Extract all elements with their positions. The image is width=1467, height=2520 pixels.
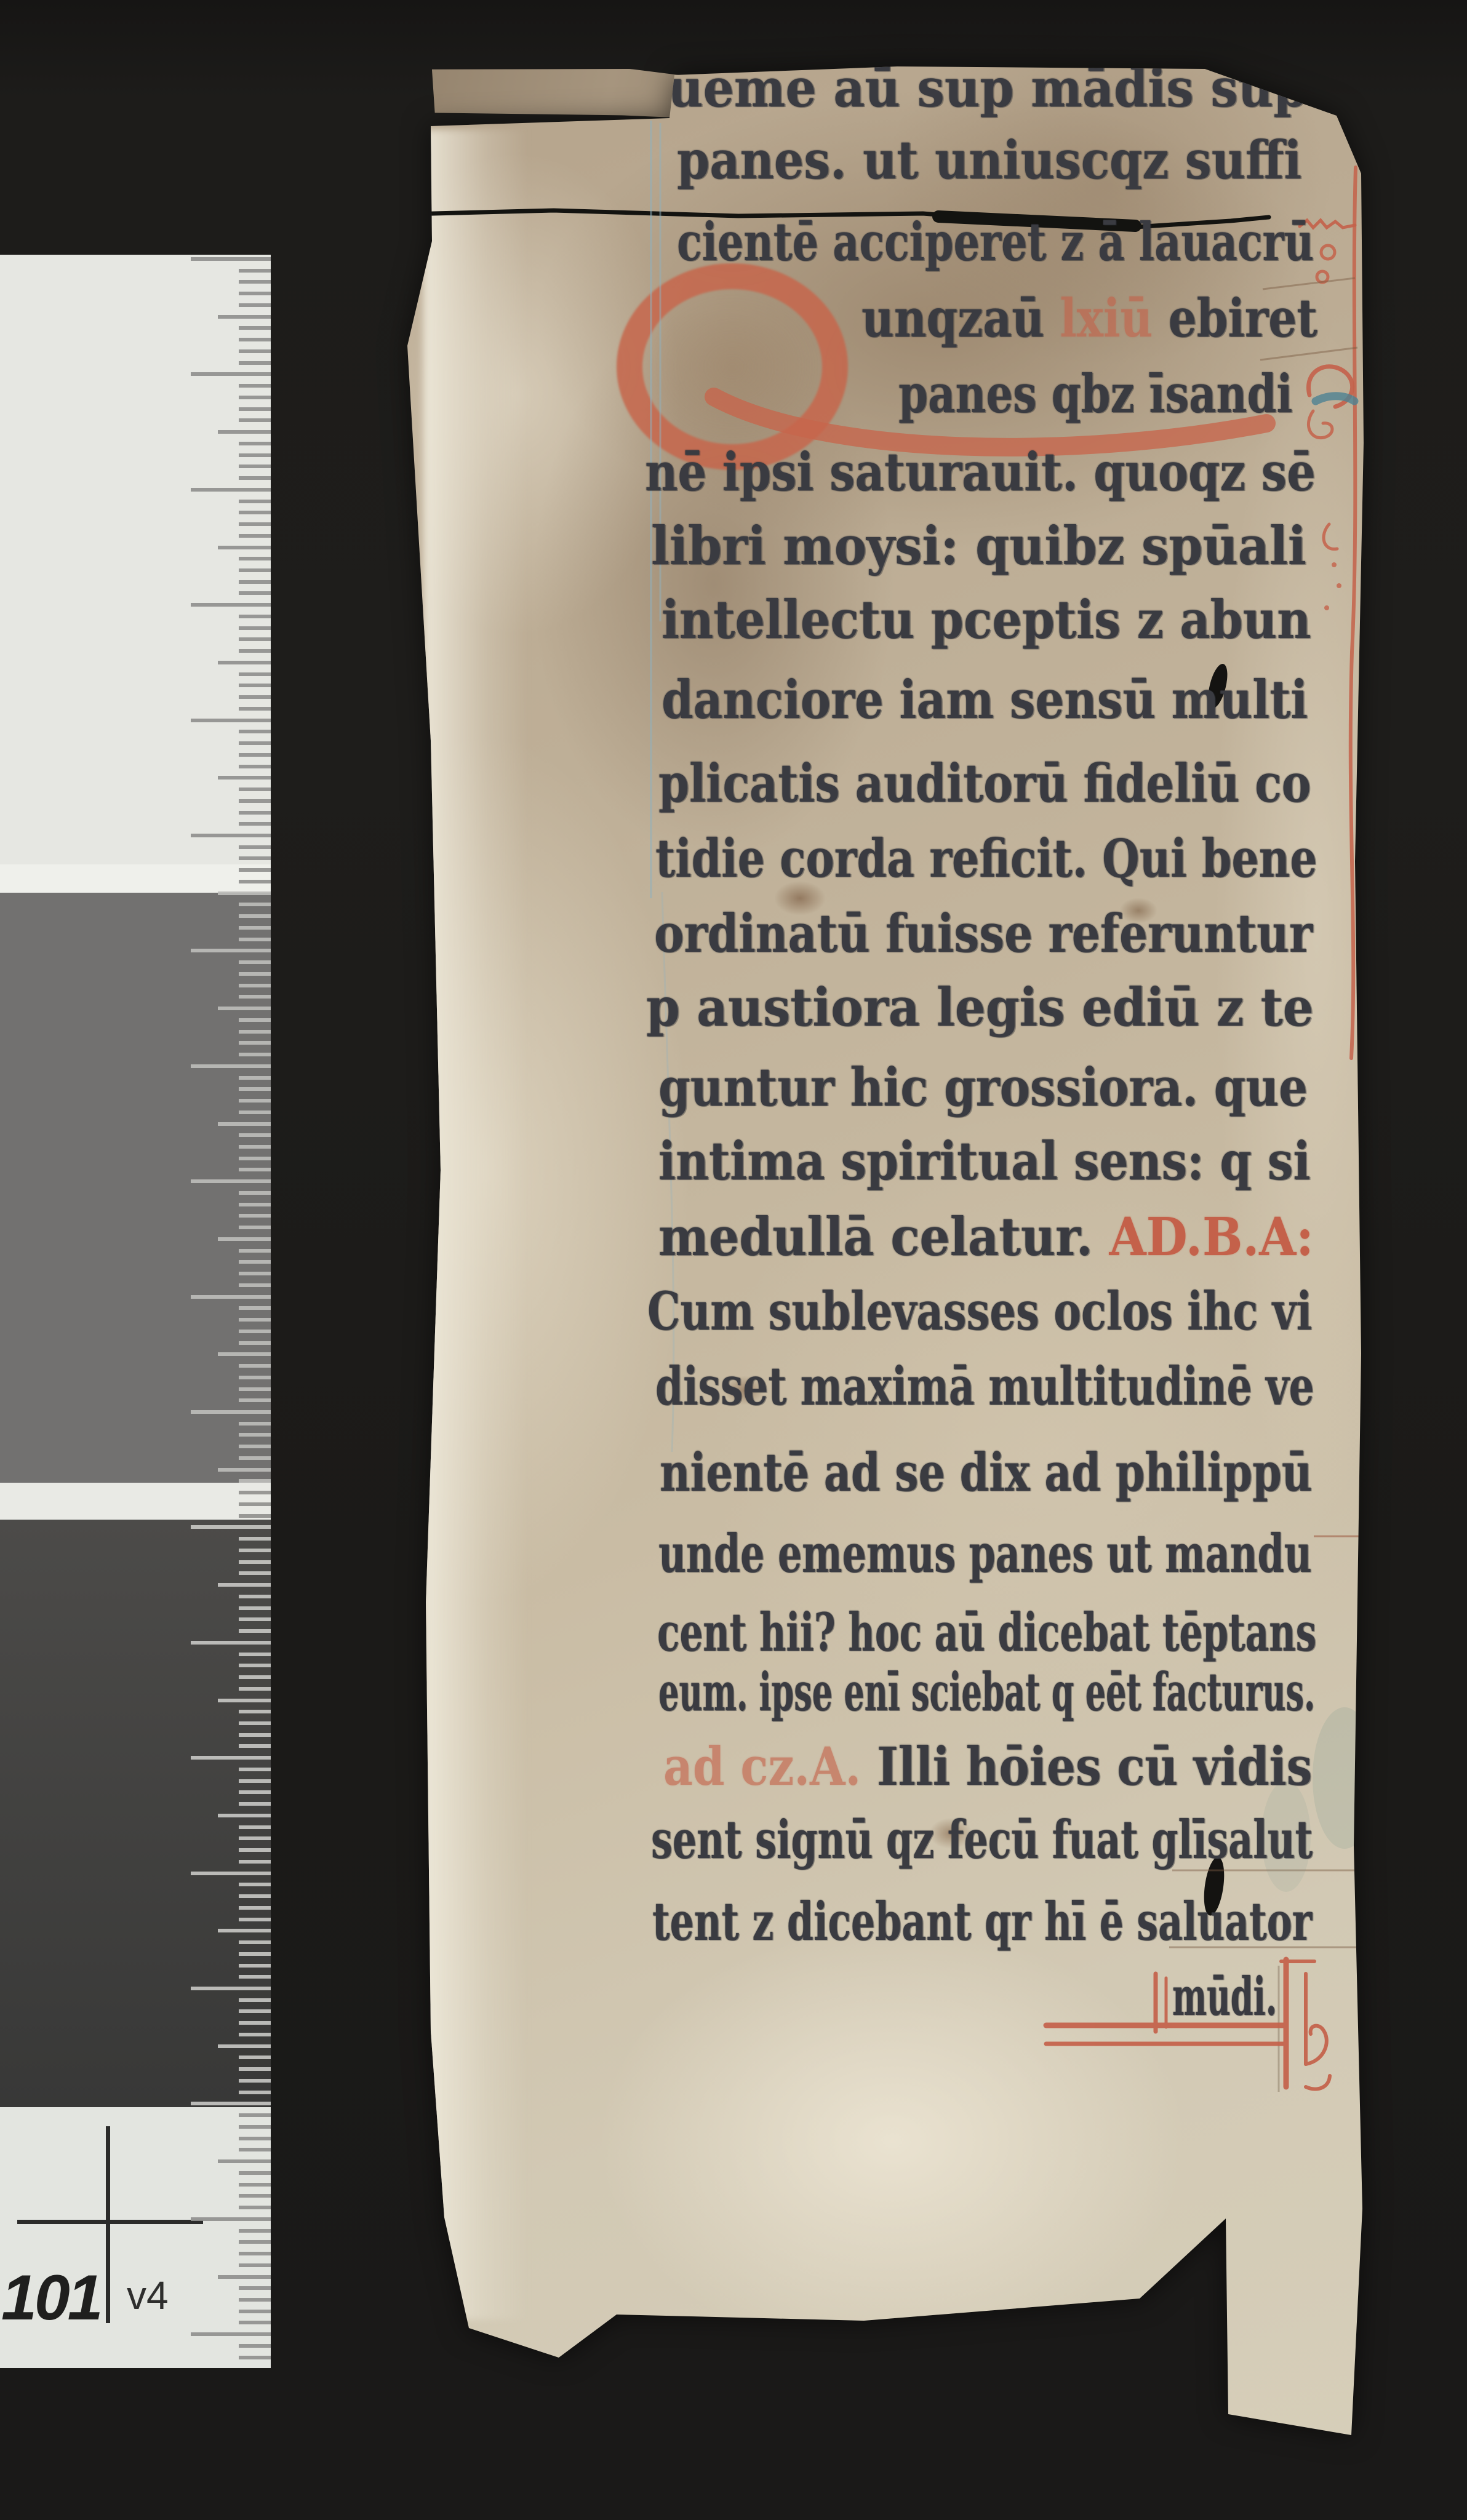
ruler-tick xyxy=(191,372,271,376)
ruler-tick xyxy=(239,476,271,480)
ruler-tick xyxy=(239,845,271,849)
manuscript-line: nē ipsi saturauit. quoqz sē xyxy=(645,438,1316,507)
ruler-tick xyxy=(239,1571,271,1575)
ruler-tick xyxy=(191,1525,271,1529)
manuscript-line: panes qbz īsandi xyxy=(898,360,1293,429)
ruler-tick xyxy=(239,1687,271,1691)
manuscript-line: ad cz.A. Illi hōies cū vidis xyxy=(663,1732,1312,1801)
pigment-smudge xyxy=(1261,1781,1311,1892)
ruler-tick xyxy=(239,626,271,630)
manuscript-line: medullā celatur. AD.B.A: xyxy=(658,1203,1314,1272)
ruler-tick xyxy=(191,949,271,952)
ruler-tick xyxy=(239,811,271,815)
ruler-tick xyxy=(239,1099,271,1102)
ruler-tick xyxy=(239,1595,271,1598)
red-flourish-dot xyxy=(1324,605,1329,610)
ruler-tick xyxy=(239,938,271,941)
ruler-tick xyxy=(239,1744,271,1748)
ruler-tick xyxy=(191,603,271,607)
initial-q-tail xyxy=(714,397,1266,447)
ruler-tick xyxy=(239,349,271,353)
red-flourish-curl xyxy=(1324,524,1337,549)
ruler-tick xyxy=(239,338,271,341)
ruler-tick xyxy=(239,741,271,745)
photograph-stage: 101 v4 xyxy=(0,0,1467,2520)
ruler-tick xyxy=(239,2240,271,2244)
ruler-tick xyxy=(218,2275,271,2279)
ruler-tick xyxy=(239,511,271,514)
ruler-tick xyxy=(239,787,271,791)
teal-flourish-stroke xyxy=(1316,396,1354,401)
ruler-tick xyxy=(239,568,271,572)
ruler-tick xyxy=(218,1007,271,1010)
ruler-tick xyxy=(239,1617,271,1621)
ruler-tick xyxy=(239,1664,271,1667)
manuscript-line: sent signū qz fecū fuat glīsalut xyxy=(651,1806,1313,1875)
ruler-tick xyxy=(239,1168,271,1171)
ruler-tick xyxy=(239,1629,271,1633)
ruler-tick xyxy=(239,1549,271,1552)
blue-ruling-curve xyxy=(662,892,674,1452)
ruler-tick xyxy=(239,1537,271,1541)
ruler-tick xyxy=(239,926,271,930)
ruler-tick xyxy=(239,1110,271,1114)
ruler-tick xyxy=(191,1872,271,1875)
ruler-tick xyxy=(191,719,271,722)
ruler-tick xyxy=(239,1502,271,1506)
manuscript-line: unde ememus panes ut mandu xyxy=(658,1520,1312,1589)
ruler-tick xyxy=(218,661,271,664)
ruler-tick xyxy=(239,1133,271,1137)
ruler-tick xyxy=(218,776,271,780)
manuscript-line: panes. ut uniuscqz suffi xyxy=(677,126,1301,195)
manuscript-line: plicatis auditorū fideliū co xyxy=(658,749,1311,818)
ruler-tick xyxy=(239,1883,271,1886)
ruler-tick xyxy=(239,799,271,803)
manuscript-line: p austiora legis ediū z te xyxy=(646,973,1314,1042)
ruler-tick xyxy=(239,1998,271,2002)
ruler-tick xyxy=(239,1675,271,1679)
ruler-tick xyxy=(239,1606,271,1610)
ruler-tick xyxy=(239,2263,271,2267)
ruler-tick xyxy=(239,442,271,445)
ruler xyxy=(0,0,271,2520)
manuscript-line: unqzaū lxiū ebiret xyxy=(861,284,1317,353)
ruler-tick xyxy=(239,2344,271,2348)
ruler-tick xyxy=(191,257,271,261)
ruler-tick xyxy=(218,1237,271,1241)
ruler-tick xyxy=(239,730,271,733)
ruler-tick xyxy=(239,396,271,399)
ruler-tick xyxy=(239,765,271,768)
ruler-tick xyxy=(239,1733,271,1737)
ruler-tick xyxy=(239,1940,271,1944)
ruler-tick xyxy=(239,1076,271,1080)
manuscript-line: intima spiritual sens: q si xyxy=(658,1127,1311,1196)
manuscript-line: danciore iam sensū multi xyxy=(662,666,1308,735)
ruler-tick xyxy=(239,1790,271,1794)
ruler-tick xyxy=(239,1491,271,1494)
ruler-tick xyxy=(239,2286,271,2290)
manuscript-line: eum. ipse enī sciebat q eēt facturus. xyxy=(658,1658,1315,1727)
ruler-tick xyxy=(239,1087,271,1091)
ruler-tick xyxy=(239,1975,271,1979)
ruler-tick xyxy=(239,1768,271,1771)
ruler-tick xyxy=(218,1122,271,1126)
ruler-tick xyxy=(239,1030,271,1034)
ruler-tick xyxy=(239,2113,271,2117)
ruler-tick xyxy=(239,303,271,307)
ruler-tick xyxy=(239,292,271,295)
ruler-tick xyxy=(239,972,271,976)
ruler-tick xyxy=(239,453,271,457)
red-flourish-dot xyxy=(1337,583,1341,588)
ruler-tick xyxy=(239,637,271,641)
ruler-tick xyxy=(239,2148,271,2151)
manuscript-line: intellectu pceptis z abun xyxy=(662,586,1311,655)
red-initial-q xyxy=(617,263,848,470)
manuscript-line: tidie corda reficit. Qui bene xyxy=(655,824,1317,893)
ruler-tick xyxy=(218,315,271,319)
ruler-tick xyxy=(239,1906,271,1910)
ruler-tick xyxy=(239,1249,271,1253)
ruler-tick xyxy=(239,1964,271,1968)
ruler-tick xyxy=(239,684,271,687)
ruler-tick xyxy=(239,2033,271,2036)
ruler-tick xyxy=(218,891,271,895)
crease-line xyxy=(1260,348,1357,360)
red-margin-squiggle xyxy=(1300,220,1355,228)
ruler-tick xyxy=(191,488,271,492)
ruler-tick xyxy=(239,2171,271,2175)
ruler-tick xyxy=(218,430,271,434)
ruler-tick xyxy=(239,2137,271,2140)
ruler-tick xyxy=(218,546,271,549)
ruler-tick xyxy=(239,649,271,653)
ruler-tick xyxy=(239,2183,271,2187)
ruler-tick xyxy=(239,580,271,584)
manuscript-line: cientē acciperet z ā lauacrū xyxy=(677,208,1314,277)
ruler-tick xyxy=(239,418,271,422)
ruler-tick xyxy=(191,1410,271,1414)
ruler-tick xyxy=(239,361,271,365)
tear-crack-gash xyxy=(938,217,1135,226)
crease-line xyxy=(1263,278,1355,289)
ruler-tick xyxy=(239,2356,271,2359)
ruler-tick xyxy=(239,407,271,411)
ruler-tick xyxy=(239,1306,271,1310)
ruler-tick xyxy=(239,1860,271,1864)
manuscript-line: ordinatū fuisse referuntur xyxy=(654,899,1313,968)
ruler-tick xyxy=(191,1756,271,1760)
ruler-tick xyxy=(191,1064,271,1068)
ruler-tick xyxy=(218,2159,271,2163)
ruler-tick xyxy=(239,269,271,273)
tear-crack xyxy=(409,210,1269,227)
ruler-tick xyxy=(239,465,271,468)
parchment-hole xyxy=(1201,1856,1227,1916)
ruler-tick xyxy=(239,1422,271,1425)
ruler-tick xyxy=(239,1710,271,1713)
ruler-tick xyxy=(239,1836,271,1840)
ruler-tick xyxy=(239,1779,271,1783)
ruler-tick xyxy=(239,1952,271,1956)
ruler-tick xyxy=(239,1041,271,1045)
ruler-tick xyxy=(239,1272,271,1275)
manuscript-line: guntur hic grossiora. que xyxy=(658,1053,1308,1122)
ruler-tick xyxy=(239,707,271,711)
ruler-tick xyxy=(239,280,271,284)
ruler-tick xyxy=(239,2206,271,2209)
ruler-tick xyxy=(239,2229,271,2233)
ruler-tick xyxy=(239,695,271,699)
red-flourish-ring xyxy=(1317,271,1328,282)
ruler-tick xyxy=(239,1918,271,1921)
red-flourish-loop xyxy=(1308,411,1332,438)
ruler-tick xyxy=(239,1283,271,1287)
ruler-tick xyxy=(191,2217,271,2221)
ruler-tick xyxy=(239,1445,271,1448)
ruler-tick xyxy=(218,1929,271,1932)
ruler-tick xyxy=(239,2021,271,2025)
ruler-tick xyxy=(239,672,271,676)
ruler-tick xyxy=(239,1456,271,1460)
ruler-tick xyxy=(239,1387,271,1391)
ruler-tick xyxy=(239,822,271,826)
ruler-tick xyxy=(218,2044,271,2048)
detached-parchment-sliver xyxy=(431,64,828,127)
ruler-tick xyxy=(239,984,271,987)
ruler-tick xyxy=(239,868,271,872)
ruler-tick xyxy=(239,914,271,918)
ruler-tick xyxy=(239,615,271,618)
ruler-tick xyxy=(239,753,271,757)
ruler-tick xyxy=(218,1814,271,1817)
manuscript-line: tent z dicebant qr hī ē saluator xyxy=(652,1888,1312,1956)
ruler-tick xyxy=(239,1157,271,1160)
ruler-tick xyxy=(239,856,271,860)
ruler-tick xyxy=(239,384,271,388)
pigment-smudge xyxy=(1313,1707,1377,1849)
ruler-tick xyxy=(239,1226,271,1229)
ruler-tick xyxy=(218,1352,271,1356)
ruler-tick xyxy=(239,1203,271,1206)
ruler-tick xyxy=(239,557,271,560)
ruler-tick xyxy=(239,995,271,999)
ruler-tick xyxy=(239,1433,271,1437)
ruler-tick xyxy=(239,1479,271,1483)
red-flourish-dot xyxy=(1332,562,1337,567)
manuscript-line: libri moysi: quibz spūali xyxy=(651,512,1306,581)
ruler-tick xyxy=(239,2067,271,2071)
ruler-tick xyxy=(239,2310,271,2313)
red-margin-rule xyxy=(1351,167,1356,1058)
ruler-tick xyxy=(239,2091,271,2094)
torn-edge-fibers xyxy=(423,129,528,2319)
ruler-tick xyxy=(239,2194,271,2198)
ruler-tick xyxy=(191,1641,271,1645)
ruler-tick xyxy=(239,880,271,883)
ruler-tick xyxy=(239,1894,271,1898)
ruler-tick xyxy=(239,1330,271,1333)
ruler-tick xyxy=(218,1699,271,1702)
ruler-tick xyxy=(239,2079,271,2083)
ruler-tick xyxy=(239,1214,271,1218)
red-flourish-ring xyxy=(1321,245,1335,259)
ruler-tick xyxy=(239,1825,271,1829)
manuscript-line: cent hii? hoc aū dicebat tēptans xyxy=(657,1598,1316,1667)
ruler-tick xyxy=(239,534,271,538)
ruler-tick xyxy=(239,591,271,595)
ruler-tick xyxy=(239,2252,271,2255)
ruler-tick xyxy=(239,1721,271,1725)
ruler-tick xyxy=(239,1364,271,1368)
ruler-tick xyxy=(239,2321,271,2324)
ruler-tick xyxy=(239,1053,271,1056)
ruler-tick xyxy=(239,1260,271,1264)
manuscript-line: nientē ad se dix ad philippū xyxy=(660,1438,1312,1507)
ruler-tick xyxy=(239,1398,271,1402)
ruler-tick xyxy=(239,903,271,906)
red-flourish-curl xyxy=(1308,367,1352,407)
ruler-tick xyxy=(239,500,271,503)
ruler-tick xyxy=(239,1191,271,1195)
ruler-tick xyxy=(239,522,271,526)
line-filler-curl xyxy=(1306,2076,1330,2089)
ruler-tick xyxy=(191,834,271,837)
line-filler-curl xyxy=(1306,2026,1327,2064)
ruler-tick xyxy=(239,1341,271,1345)
ruler-tick xyxy=(239,1560,271,1564)
ruler-tick xyxy=(239,2055,271,2059)
ruler-tick xyxy=(191,2102,271,2105)
ruler-tick xyxy=(239,1145,271,1149)
ruler-tick xyxy=(218,1583,271,1587)
manuscript-line: mūdi. xyxy=(1172,1963,1277,2032)
ruler-tick xyxy=(239,1018,271,1022)
manuscript-line: Cum sublevasses oclos ihc vi xyxy=(647,1277,1312,1346)
ruler-tick xyxy=(239,1802,271,1806)
ruler-tick xyxy=(191,1987,271,1990)
manuscript-line: disset maximā multitudinē ve xyxy=(655,1352,1314,1421)
ruler-tick xyxy=(191,1179,271,1183)
ruler-tick xyxy=(239,1514,271,1518)
ruler-tick xyxy=(239,326,271,330)
ruler-tick xyxy=(239,1653,271,1656)
ruler-tick xyxy=(239,1376,271,1379)
ruler-tick xyxy=(218,1468,271,1472)
ruler-tick xyxy=(239,1848,271,1852)
ruler-tick xyxy=(191,1295,271,1299)
ruler-tick xyxy=(239,1318,271,1322)
ruler-tick xyxy=(239,2009,271,2013)
ruler-tick xyxy=(239,2298,271,2302)
ruler-tick xyxy=(239,2125,271,2129)
ruler-tick xyxy=(191,2332,271,2336)
ruler-tick xyxy=(239,960,271,964)
parchment-hole xyxy=(1204,662,1231,710)
